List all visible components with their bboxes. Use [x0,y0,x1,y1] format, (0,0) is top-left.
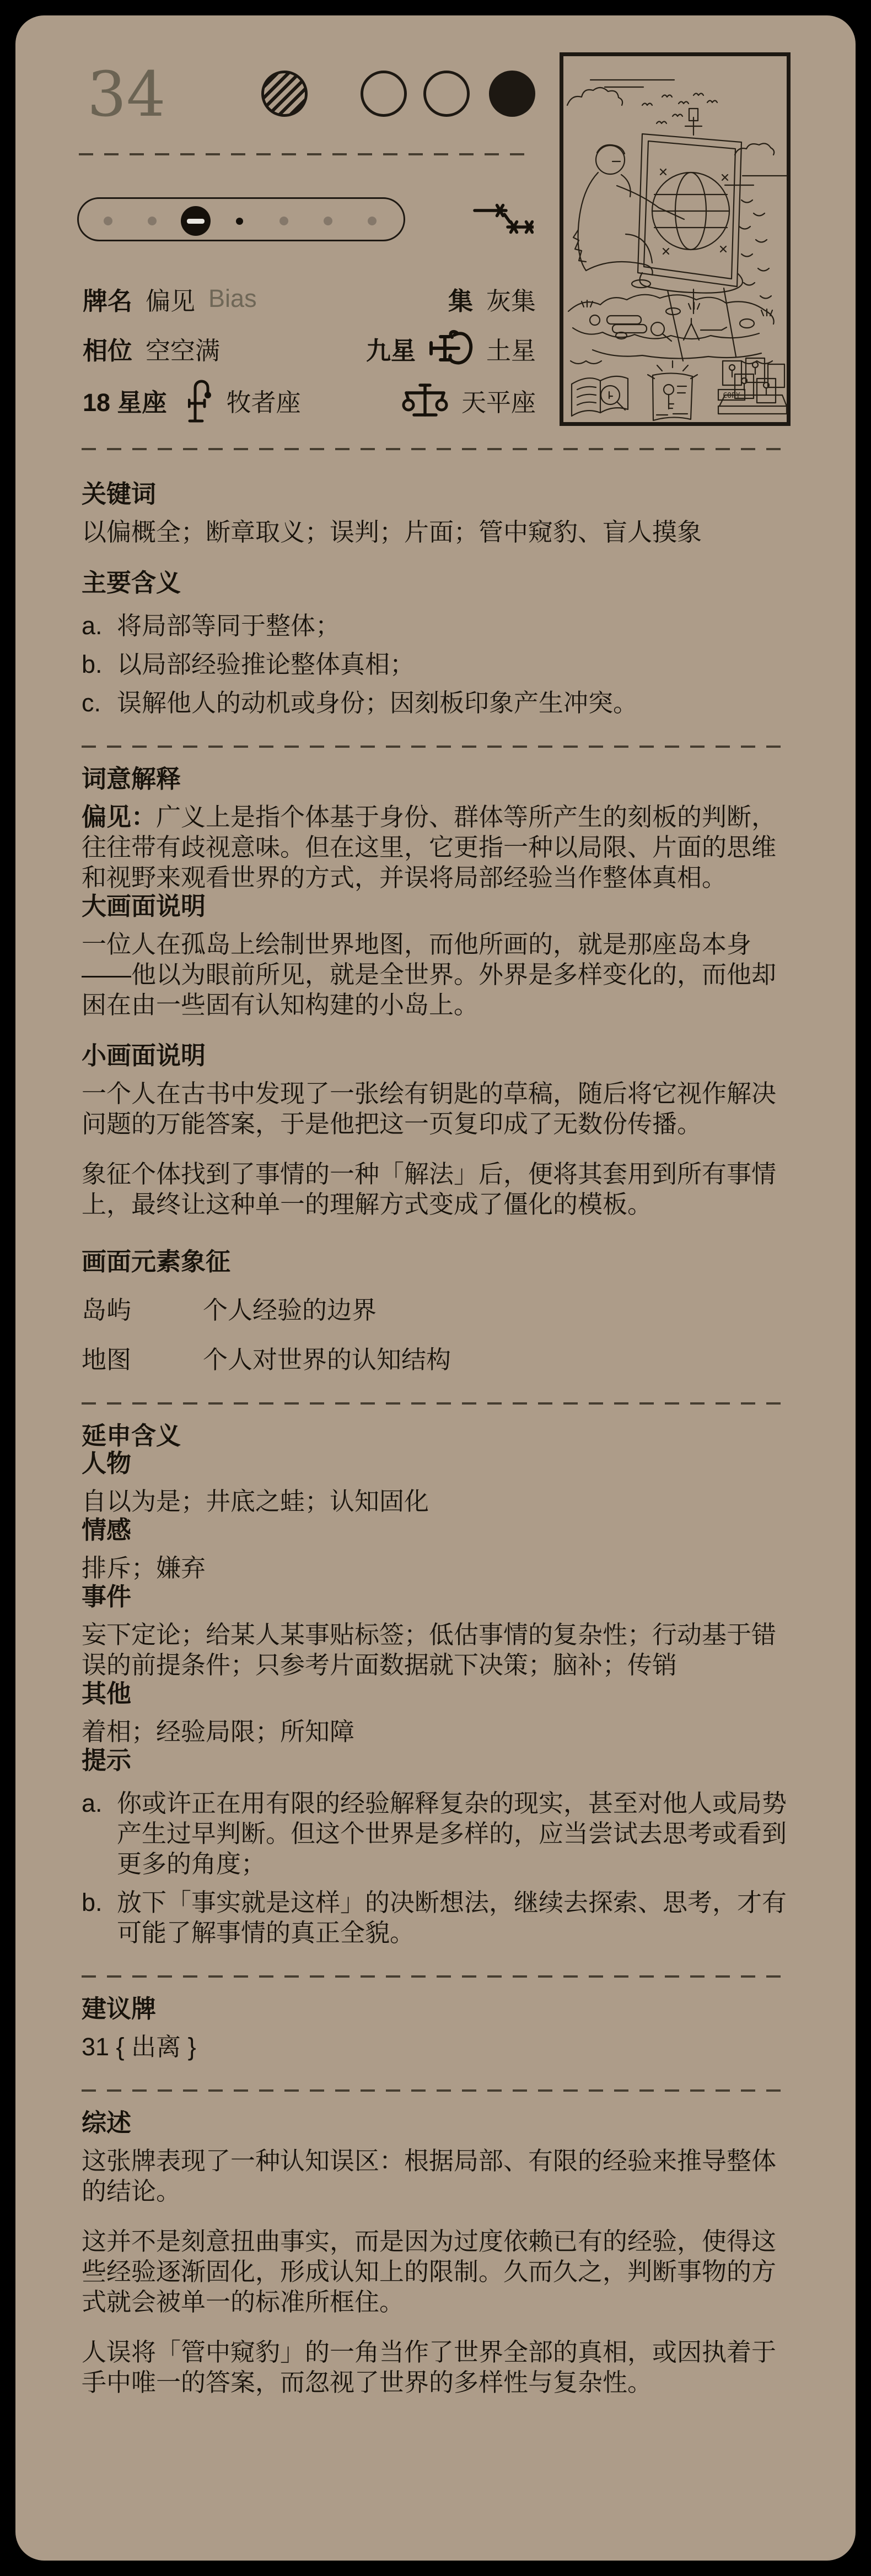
section-heading-small-picture: 小画面说明 [82,1042,791,1070]
list-marker: a. [82,1788,106,1879]
card-illustration: COPY [560,52,791,426]
slider-handle[interactable] [181,206,211,236]
list-item: a. 将局部等同于整体； [82,611,791,641]
divider [82,448,791,450]
section-heading-symbols: 画面元素象征 [82,1248,791,1276]
name-value: 偏见 [146,281,195,317]
keywords-text: 以偏概全；断章取义；误判；片面；管中窥豹、盲人摸象 [82,517,791,547]
section-heading-main-meanings: 主要含义 [82,569,791,597]
info-row-phase: 相位 空空满 九星 土星 [83,323,536,373]
people-text: 自以为是；井底之蛙；认知固化 [82,1486,791,1516]
card-number: 34 [87,64,166,126]
section-heading-extended: 延申含义 [82,1422,791,1450]
small-picture-p2: 象征个体找到了事情的一种「解法」后，便将其套用到所有事情上，最终让这种单一的理解… [82,1159,791,1219]
divider [82,746,791,748]
main-meanings-list: a. 将局部等同于整体； b. 以局部经验推论整体真相； c. 误解他人的动机或… [82,611,791,718]
set-value: 灰集 [486,281,536,317]
symbol-term: 地图 [82,1344,203,1375]
zodiac-label: 18 星座 [83,382,167,418]
divider [82,1402,791,1405]
sub-heading-people: 人物 [82,1450,791,1477]
phase-marker-hatched-icon [261,71,308,117]
level-slider[interactable] [77,197,405,241]
slider-dot [324,217,332,225]
slider-dot [148,217,157,225]
symbol-term: 岛屿 [82,1295,203,1325]
name-label: 牌名 [83,281,132,317]
libra-scales-icon [402,380,448,420]
list-marker: b. [82,649,106,679]
list-item: b. 放下「事实就是这样」的决断想法，继续去探索、思考，才有可能了解事情的真正全… [82,1887,791,1948]
section-heading-tips: 提示 [82,1747,791,1774]
list-item: a. 你或许正在用有限的经验解释复杂的现实，甚至对他人或局势产生过早判断。但这个… [82,1788,791,1879]
symbol-row: 地图 个人对世界的认知结构 [82,1344,791,1375]
saturn-icon [429,328,473,369]
section-heading-summary: 综述 [82,2109,791,2137]
zodiac-right-value: 天平座 [461,382,536,418]
phase-value: 空空满 [146,331,220,366]
summary-p1: 这张牌表现了一种认知误区：根据局部、有限的经验来推导整体的结论。 [82,2146,791,2206]
tips-list: a. 你或许正在用有限的经验解释复杂的现实，甚至对他人或局势产生过早判断。但这个… [82,1788,791,1948]
big-picture-text: 一位人在孤岛上绘制世界地图，而他所画的，就是那座岛本身——他以为眼前所见，就是全… [82,929,791,1020]
list-marker: c. [82,688,106,718]
list-item: c. 误解他人的动机或身份；因刻板印象产生冲突。 [82,688,791,718]
symbol-meaning: 个人经验的边界 [203,1295,377,1325]
definition-text: 偏见：广义上是指个体基于身份、群体等所产生的刻板的判断，往往带有歧视意味。但在这… [82,802,791,893]
suggestion-card: 31 { 出离 } [82,2032,791,2062]
phase-marker-outline-icon [361,71,407,117]
phase-marker-outline-icon [423,71,470,117]
info-row-zodiac: 18 星座 牧者座 [83,375,536,425]
section-heading-definition: 词意解释 [82,765,791,793]
small-picture-p1: 一个人在古书中发现了一张绘有钥匙的草稿，随后将它视作解决问题的万能答案，于是他把… [82,1078,791,1139]
slider-dot [279,217,288,225]
slider-dot-active [236,218,243,225]
divider [82,2089,791,2092]
divider [82,1975,791,1978]
set-label: 集 [448,281,473,317]
section-heading-keywords: 关键词 [82,480,791,508]
sub-heading-other: 其他 [82,1680,791,1708]
phase-label: 相位 [83,331,132,366]
summary-p2: 这并不是刻意扭曲事实，而是因为过度依赖已有的经验，使得这些经验逐渐固化，形成认知… [82,2226,791,2317]
copy-stamp-label: COPY [723,392,740,400]
events-text: 妄下定论；给某人某事贴标签；低估事情的复杂性；行动基于错误的前提条件；只参考片面… [82,1619,791,1680]
info-row-name: 牌名 偏见 Bias 集 灰集 [83,274,536,323]
section-heading-suggestion: 建议牌 [82,1995,791,2023]
list-text: 放下「事实就是这样」的决断想法，继续去探索、思考，才有可能了解事情的真正全貌。 [117,1887,791,1948]
definition-lead: 偏见： [82,803,156,831]
slider-dot [104,217,112,225]
tarot-card: 34 牌名 偏见 [15,15,856,2561]
list-item: b. 以局部经验推论整体真相； [82,649,791,679]
emotion-text: 排斥；嫌弃 [82,1553,791,1583]
list-text: 误解他人的动机或身份；因刻板印象产生冲突。 [117,688,638,718]
shepherd-crook-icon [188,377,213,423]
list-text: 你或许正在用有限的经验解释复杂的现实，甚至对他人或局势产生过早判断。但这个世界是… [117,1788,791,1879]
symbol-row: 岛屿 个人经验的边界 [82,1295,791,1325]
nine-star-value: 土星 [486,331,536,366]
constellation-arrow-icon [473,202,534,236]
sub-heading-emotion: 情感 [82,1516,791,1544]
minus-icon [187,219,205,224]
list-marker: a. [82,611,106,641]
other-text: 着相；经验局限；所知障 [82,1716,791,1747]
list-text: 以局部经验推论整体真相； [117,649,415,679]
nine-star-label: 九星 [366,331,416,366]
summary-p3: 人误将「管中窥豹」的一角当作了世界全部的真相，或因执着于手中唯一的答案，而忽视了… [82,2337,791,2397]
divider [79,153,535,155]
slider-dot [368,217,377,225]
name-value-en: Bias [208,284,257,313]
list-marker: b. [82,1887,106,1948]
phase-marker-filled-icon [489,71,535,117]
list-text: 将局部等同于整体； [117,611,340,641]
zodiac-value: 牧者座 [227,382,301,418]
section-heading-big-picture: 大画面说明 [82,893,791,920]
sub-heading-events: 事件 [82,1583,791,1611]
symbol-meaning: 个人对世界的认知结构 [203,1344,451,1375]
